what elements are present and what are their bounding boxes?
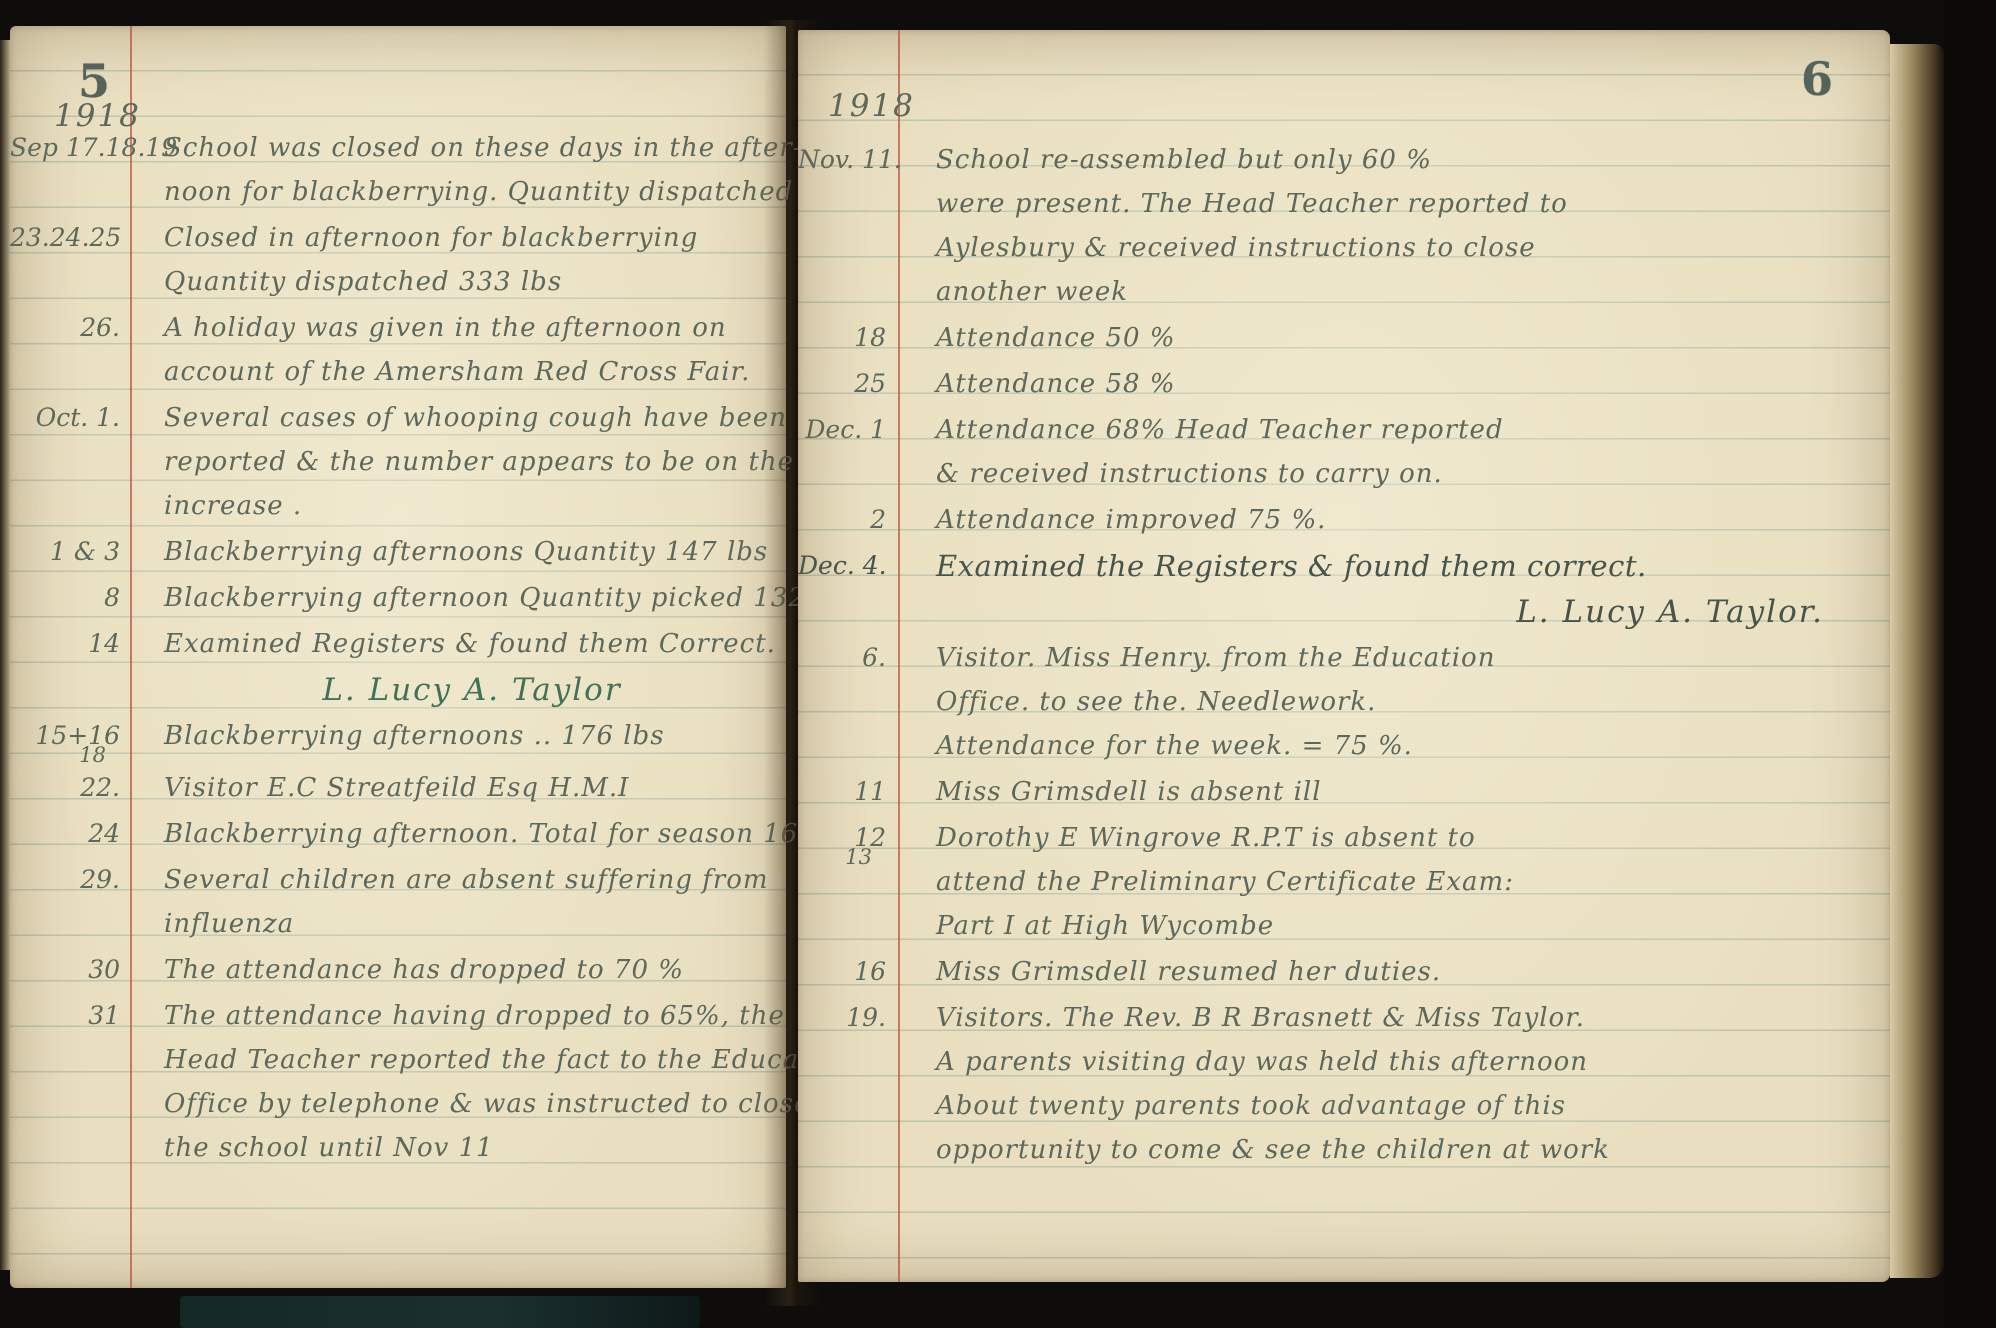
entries-left: Sep 17.18.19 School was closed on these …	[10, 126, 780, 1172]
entry-text: Blackberrying afternoons Quantity 147 lb…	[130, 530, 780, 574]
log-entry: 22. Visitor E.C Streatfeild Esq H.M.I	[10, 766, 780, 810]
entry-date: Sep 17.18.19	[10, 126, 130, 214]
log-entry: 15+1618 Blackberrying afternoons .. 176 …	[10, 714, 780, 764]
entry-line: another week	[936, 270, 1884, 314]
entry-line: A holiday was given in the afternoon on	[164, 306, 780, 350]
entry-line: increase .	[164, 484, 794, 528]
entry-text: Attendance 58 %	[896, 362, 1884, 406]
entry-line: Attendance 58 %	[936, 362, 1884, 406]
log-entry: Nov. 11. School re-assembled but only 60…	[798, 138, 1884, 314]
entry-text: Attendance 50 %	[896, 316, 1884, 360]
entry-text: Miss Grimsdell is absent ill	[896, 770, 1884, 814]
entry-date: 31	[10, 994, 130, 1170]
entry-date: Nov. 11.	[798, 138, 896, 314]
entry-date: Dec. 1	[798, 408, 896, 496]
entry-date: 19.	[798, 996, 896, 1172]
entry-date	[10, 668, 130, 712]
entry-date: 8	[10, 576, 130, 620]
entry-line: Visitor. Miss Henry. from the Education	[936, 636, 1884, 680]
entry-line: Blackberrying afternoons .. 176 lbs	[164, 714, 780, 758]
entry-date: 18	[798, 316, 896, 360]
entry-date: Dec. 4.	[798, 544, 896, 588]
entry-date: 22.	[10, 766, 130, 810]
entry-text: Dorothy E Wingrove R.P.T is absent toatt…	[896, 816, 1884, 948]
log-entry: 31 The attendance having dropped to 65%,…	[10, 994, 780, 1170]
entry-line: Attendance 68% Head Teacher reported	[936, 408, 1884, 452]
log-entry: L. Lucy A. Taylor	[10, 668, 780, 712]
entry-date: 2	[798, 498, 896, 542]
entry-line: A parents visiting day was held this aft…	[936, 1040, 1884, 1084]
entry-text: Miss Grimsdell resumed her duties.	[896, 950, 1884, 994]
log-entry: Dec. 4. Examined the Registers & found t…	[798, 544, 1884, 588]
entry-line: The attendance having dropped to 65%, th…	[164, 994, 854, 1038]
logbook-page-5: 5 1918 Sep 17.18.19 School was closed on…	[10, 26, 786, 1288]
entry-date: 11	[798, 770, 896, 814]
entry-text: Several children are absent suffering fr…	[130, 858, 780, 946]
logbook-page-6: 6 1918 Nov. 11. School re-assembled but …	[798, 30, 1890, 1282]
entry-line: Office by telephone & was instructed to …	[164, 1082, 854, 1126]
entry-line: Attendance 50 %	[936, 316, 1884, 360]
entry-line: Attendance improved 75 %.	[936, 498, 1884, 542]
entry-text: Examined Registers & found them Correct.	[130, 622, 780, 666]
entry-line: Visitors. The Rev. B R Brasnett & Miss T…	[936, 996, 1884, 1040]
entry-line: Head Teacher reported the fact to the Ed…	[164, 1038, 854, 1082]
entry-date: 1 & 3	[10, 530, 130, 574]
entry-text: School re-assembled but only 60 %were pr…	[896, 138, 1884, 314]
log-entry: 24 Blackberrying afternoon. Total for se…	[10, 812, 780, 856]
entry-date: 15+1618	[10, 714, 130, 764]
entry-text: Blackberrying afternoons .. 176 lbs	[130, 714, 780, 764]
entry-line: L. Lucy A. Taylor.	[936, 590, 1884, 634]
entry-line: Closed in afternoon for blackberrying	[164, 216, 780, 260]
year-heading: 1918	[828, 88, 915, 124]
entry-line: reported & the number appears to be on t…	[164, 440, 794, 484]
entry-line: Blackberrying afternoons Quantity 147 lb…	[164, 530, 780, 574]
log-entry: 18 Attendance 50 %	[798, 316, 1884, 360]
entry-date: 6.	[798, 636, 896, 768]
log-entry: 8 Blackberrying afternoon Quantity picke…	[10, 576, 780, 620]
entry-line: opportunity to come & see the children a…	[936, 1128, 1884, 1172]
entry-text: The attendance having dropped to 65%, th…	[130, 994, 854, 1170]
log-entry: 30 The attendance has dropped to 70 %	[10, 948, 780, 992]
entry-line: Several children are absent suffering fr…	[164, 858, 780, 902]
entry-text: Examined the Registers & found them corr…	[896, 544, 1884, 588]
entry-text: L. Lucy A. Taylor	[130, 668, 780, 712]
entry-date: 24	[10, 812, 130, 856]
log-entry: Sep 17.18.19 School was closed on these …	[10, 126, 780, 214]
log-entry: 1 & 3 Blackberrying afternoons Quantity …	[10, 530, 780, 574]
book-cover-cloth	[180, 1296, 700, 1328]
entry-line: Examined Registers & found them Correct.	[164, 622, 780, 666]
log-entry: 29. Several children are absent sufferin…	[10, 858, 780, 946]
entry-line: Part I at High Wycombe	[936, 904, 1884, 948]
entry-text: Blackberrying afternoon Quantity picked …	[130, 576, 842, 620]
entry-date: 25	[798, 362, 896, 406]
entry-text: A holiday was given in the afternoon ona…	[130, 306, 780, 394]
book-cover-right	[1944, 0, 1996, 1328]
log-entry: 2 Attendance improved 75 %.	[798, 498, 1884, 542]
entry-line: Aylesbury & received instructions to clo…	[936, 226, 1884, 270]
entry-line: The attendance has dropped to 70 %	[164, 948, 780, 992]
entry-line: Office. to see the. Needlework.	[936, 680, 1884, 724]
entry-date	[798, 590, 896, 634]
log-entry: Dec. 1 Attendance 68% Head Teacher repor…	[798, 408, 1884, 496]
entry-date: Oct. 1.	[10, 396, 130, 528]
entry-line: influenza	[164, 902, 780, 946]
entry-line: L. Lucy A. Taylor	[164, 668, 780, 712]
entry-line: Dorothy E Wingrove R.P.T is absent to	[936, 816, 1884, 860]
entry-date: 26.	[10, 306, 130, 394]
log-entry: 6. Visitor. Miss Henry. from the Educati…	[798, 636, 1884, 768]
log-entry: 25 Attendance 58 %	[798, 362, 1884, 406]
page-number: 6	[1801, 52, 1834, 106]
entry-date: 16	[798, 950, 896, 994]
entry-line: Attendance for the week. = 75 %.	[936, 724, 1884, 768]
log-entry: 23.24.25 Closed in afternoon for blackbe…	[10, 216, 780, 304]
entry-date: 1213	[798, 816, 896, 948]
entry-line: account of the Amersham Red Cross Fair.	[164, 350, 780, 394]
entry-date: 30	[10, 948, 130, 992]
entry-line: Examined the Registers & found them corr…	[936, 544, 1884, 588]
entry-line: Miss Grimsdell is absent ill	[936, 770, 1884, 814]
entry-text: Several cases of whooping cough have bee…	[130, 396, 794, 528]
entry-line: Miss Grimsdell resumed her duties.	[936, 950, 1884, 994]
entry-text: Visitor. Miss Henry. from the EducationO…	[896, 636, 1884, 768]
entry-date: 23.24.25	[10, 216, 130, 304]
entry-line: School re-assembled but only 60 %	[936, 138, 1884, 182]
entry-line: Quantity dispatched 333 lbs	[164, 260, 780, 304]
log-entry: Oct. 1. Several cases of whooping cough …	[10, 396, 780, 528]
entry-text: The attendance has dropped to 70 %	[130, 948, 780, 992]
log-entry: 19. Visitors. The Rev. B R Brasnett & Mi…	[798, 996, 1884, 1172]
log-entry: 14 Examined Registers & found them Corre…	[10, 622, 780, 666]
entry-date: 14	[10, 622, 130, 666]
entry-date: 29.	[10, 858, 130, 946]
entry-text: Visitor E.C Streatfeild Esq H.M.I	[130, 766, 780, 810]
entry-text: L. Lucy A. Taylor.	[896, 590, 1884, 634]
entry-line: attend the Preliminary Certificate Exam:	[936, 860, 1884, 904]
page-stack-edge-right	[1890, 44, 1944, 1278]
entry-text: Visitors. The Rev. B R Brasnett & Miss T…	[896, 996, 1884, 1172]
log-entry: 16 Miss Grimsdell resumed her duties.	[798, 950, 1884, 994]
entries-right: Nov. 11. School re-assembled but only 60…	[798, 138, 1884, 1174]
entry-line: the school until Nov 11	[164, 1126, 854, 1170]
entry-text: Attendance improved 75 %.	[896, 498, 1884, 542]
entry-text: Closed in afternoon for blackberryingQua…	[130, 216, 780, 304]
entry-text: Attendance 68% Head Teacher reported& re…	[896, 408, 1884, 496]
entry-line: Visitor E.C Streatfeild Esq H.M.I	[164, 766, 780, 810]
entry-line: & received instructions to carry on.	[936, 452, 1884, 496]
entry-line: About twenty parents took advantage of t…	[936, 1084, 1884, 1128]
log-entry: L. Lucy A. Taylor.	[798, 590, 1884, 634]
entry-line: Blackberrying afternoon Quantity picked …	[164, 576, 842, 620]
log-entry: 11 Miss Grimsdell is absent ill	[798, 770, 1884, 814]
entry-line: were present. The Head Teacher reported …	[936, 182, 1884, 226]
entry-line: Several cases of whooping cough have bee…	[164, 396, 794, 440]
log-entry: 1213 Dorothy E Wingrove R.P.T is absent …	[798, 816, 1884, 948]
log-entry: 26. A holiday was given in the afternoon…	[10, 306, 780, 394]
